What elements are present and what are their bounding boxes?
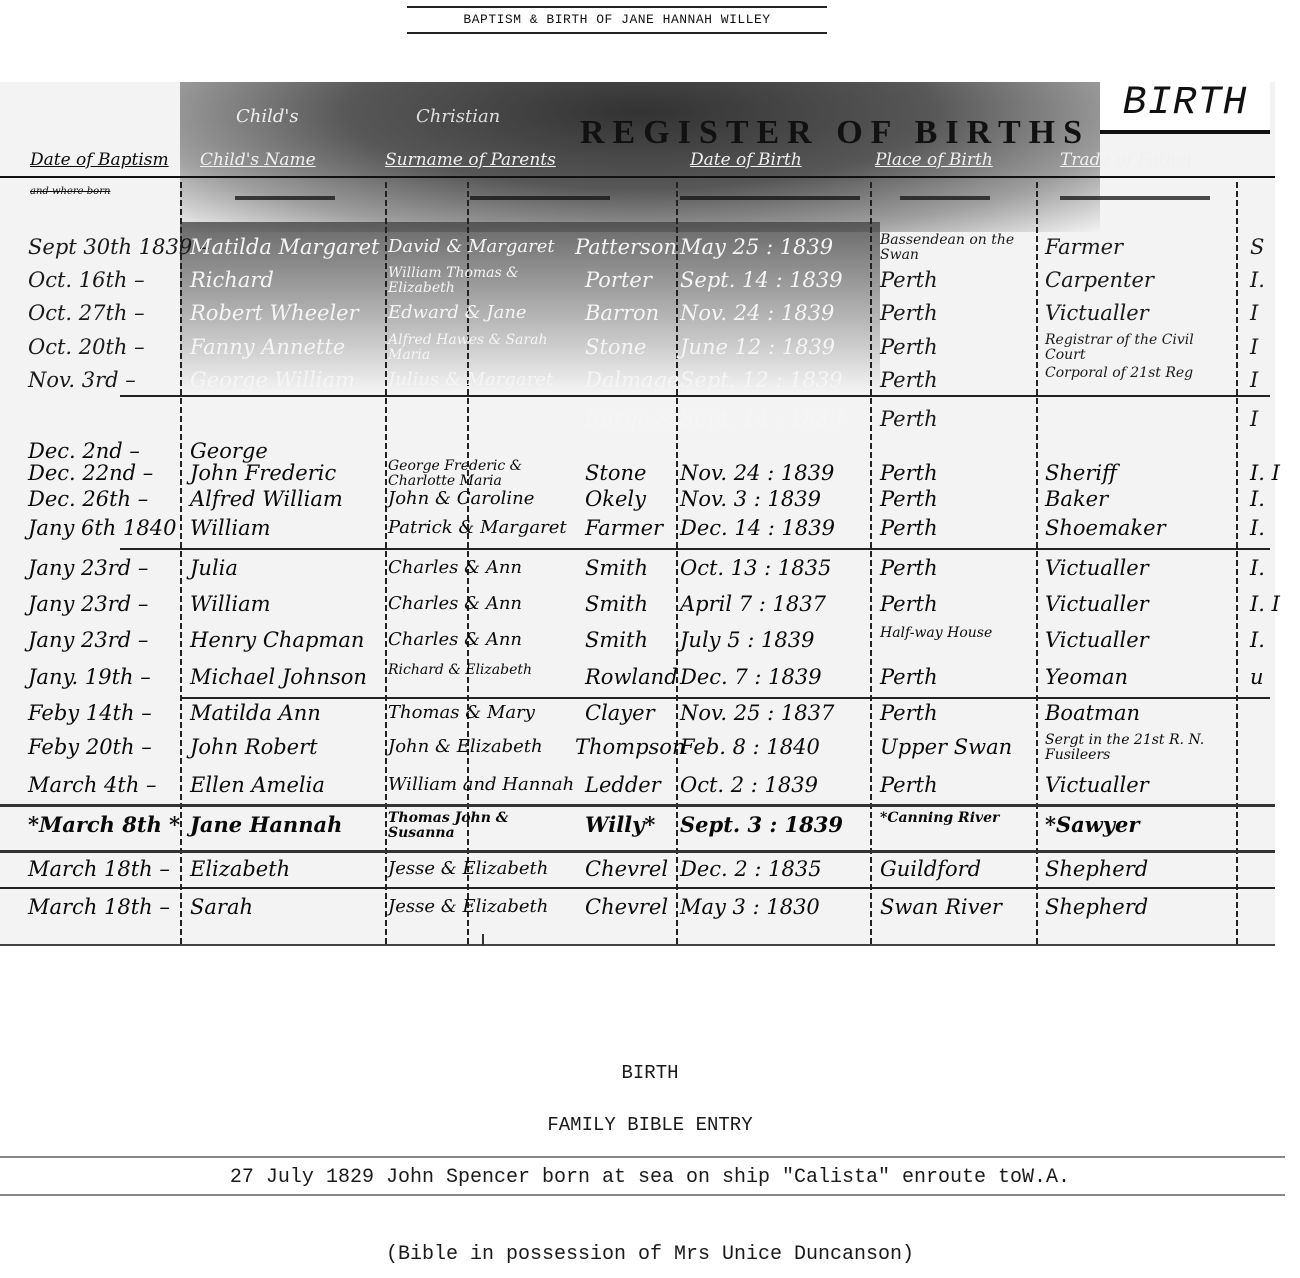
cell-mark: I	[1250, 365, 1258, 395]
cell-father-trade: Yeoman	[1045, 662, 1128, 692]
table-row: Feby 20th –John RobertJohn & ElizabethTh…	[0, 732, 1275, 766]
cell-mark: I.	[1250, 484, 1265, 514]
cell-child-name: John Robert	[190, 732, 318, 762]
bible-entry: 27 July 1829 John Spencer born at sea on…	[0, 1166, 1300, 1189]
cell-child-name: Julia	[190, 553, 238, 583]
cell-birth-date: Sept. 14 : 1839	[680, 265, 843, 295]
table-row: Jany 23rd –WilliamCharles & AnnSmithApri…	[0, 589, 1275, 623]
cell-father-trade: Victualler	[1045, 589, 1149, 619]
cell-baptism-date: Oct. 20th –	[28, 332, 145, 362]
column-header-parents: Surname of Parents	[385, 150, 556, 170]
cell-birth-place: Half-way House	[880, 626, 1030, 641]
cell-surname: Porter	[585, 265, 652, 295]
cell-birth-place: Upper Swan	[880, 732, 1012, 762]
table-row: Jany 6th 1840WilliamPatrick & MargaretFa…	[0, 513, 1275, 547]
cell-surname: Barron	[585, 298, 659, 328]
cell-baptism-date: March 18th –	[28, 892, 170, 922]
cell-birth-date: Sept. 12 : 1839	[680, 365, 843, 395]
subheading-text: and where born	[30, 186, 110, 197]
cell-baptism-date: Dec. 26th –	[28, 484, 148, 514]
cell-birth-date: Nov. 25 : 1837	[680, 698, 834, 728]
table-row: Oct. 16th –RichardWilliam Thomas & Eliza…	[0, 265, 1275, 299]
cell-surname: Okely	[585, 484, 646, 514]
cell-surname: Farmer	[585, 513, 663, 543]
cell-mark: I.	[1250, 265, 1265, 295]
cell-parents: Alfred Hawes & Sarah Maria	[388, 333, 578, 363]
cell-parents: Patrick & Margaret	[388, 513, 567, 543]
cell-birth-place: Perth	[880, 589, 938, 619]
cell-birth-place: Bassendean on the Swan	[880, 233, 1030, 263]
cell-birth-date: May 3 : 1830	[680, 892, 820, 922]
cell-birth-date: Dec. 14 : 1839	[680, 513, 835, 543]
cell-baptism-date: Sept 30th 1839 –	[28, 232, 209, 262]
table-row: *March 8th *Jane HannahThomas John & Sus…	[0, 810, 1275, 844]
row-group-rule	[120, 548, 1270, 550]
cell-surname: Stone	[585, 332, 646, 362]
table-row: March 18th –SarahJesse & ElizabethChevre…	[0, 892, 1275, 926]
bible-heading: BIRTH	[0, 1062, 1300, 1084]
cell-baptism-date: Feby 14th –	[28, 698, 152, 728]
cell-child-name: Ellen Amelia	[190, 770, 325, 800]
cell-child-name: Richard	[190, 265, 274, 295]
cell-parents: William and Hannah	[388, 770, 574, 800]
cell-baptism-date: Nov. 3rd –	[28, 365, 136, 395]
cell-child-name: Elizabeth	[190, 854, 290, 884]
cell-birth-date: Oct. 13 : 1835	[680, 553, 831, 583]
table-row: Sept 30th 1839 –Matilda MargaretDavid & …	[0, 232, 1275, 266]
cell-parents: Thomas John & Susanna	[388, 811, 578, 841]
highlight-rule-top	[0, 804, 1275, 807]
cell-birth-place: Perth	[880, 513, 938, 543]
cell-baptism-date: Jany. 19th –	[28, 662, 151, 692]
subheading-rule	[235, 196, 335, 200]
cell-mark: I.	[1250, 513, 1265, 543]
cell-birth-date: Sept. 14 : 1839	[680, 404, 843, 434]
cell-mark: I.	[1250, 625, 1265, 655]
cell-baptism-date: Jany 6th 1840	[28, 513, 176, 543]
cell-child-name: Jane Hannah	[190, 810, 342, 840]
cell-baptism-date: Jany 23rd –	[28, 625, 148, 655]
cell-mark: I	[1250, 332, 1258, 362]
bible-note: (Bible in possession of Mrs Unice Duncan…	[0, 1243, 1300, 1266]
cell-father-trade: Carpenter	[1045, 265, 1154, 295]
cell-parents: Richard & Elizabeth	[388, 663, 578, 678]
highlight-rule-bottom	[0, 850, 1275, 853]
cell-father-trade: *Sawyer	[1045, 810, 1139, 840]
cell-birth-date: Feb. 8 : 1840	[680, 732, 820, 762]
cell-mark: I.	[1250, 553, 1265, 583]
cell-child-name: William	[190, 589, 271, 619]
column-header-birth-date: Date of Birth	[690, 150, 802, 170]
cell-parents: William Thomas & Elizabeth	[388, 266, 578, 296]
cell-parents: Charles & Ann	[388, 589, 522, 619]
cell-birth-place: Guildford	[880, 854, 981, 884]
cell-mark: I. I	[1250, 589, 1280, 619]
cell-surname: Patterson	[575, 232, 677, 262]
cell-surname: Chevrel	[585, 854, 668, 884]
table-row: March 4th –Ellen AmeliaWilliam and Hanna…	[0, 770, 1275, 804]
cell-baptism-date: March 18th –	[28, 854, 170, 884]
cell-surname: Rowland	[585, 662, 678, 692]
subheading-rule	[900, 196, 990, 200]
cell-parents: Charles & Ann	[388, 625, 522, 655]
cell-birth-place: Perth	[880, 298, 938, 328]
column-group-child: Child's	[236, 106, 299, 127]
cell-child-name: George William	[190, 365, 355, 395]
cell-birth-date: May 25 : 1839	[680, 232, 833, 262]
column-header-baptism: Date of Baptism	[30, 150, 169, 170]
cell-father-trade: Boatman	[1045, 698, 1140, 728]
cell-father-trade: Farmer	[1045, 232, 1123, 262]
cell-birth-place: Perth	[880, 770, 938, 800]
cell-parents: Thomas & Mary	[388, 698, 535, 728]
cell-birth-date: Oct. 2 : 1839	[680, 770, 818, 800]
cell-birth-date: Nov. 3 : 1839	[680, 484, 821, 514]
cell-father-trade: Shepherd	[1045, 854, 1148, 884]
column-headers: Date of Baptism Child's Name Surname of …	[0, 142, 1275, 178]
cell-birth-place: Perth	[880, 484, 938, 514]
cell-baptism-date: Oct. 27th –	[28, 298, 145, 328]
cell-child-name: Michael Johnson	[190, 662, 367, 692]
cell-child-name: Matilda Ann	[190, 698, 321, 728]
cell-surname: Smith	[585, 553, 648, 583]
cell-baptism-date: Jany 23rd –	[28, 553, 148, 583]
cell-surname: Ledder	[585, 770, 661, 800]
scan-bottom-tick	[482, 934, 484, 946]
cell-surname: Burgess	[585, 404, 671, 434]
birth-stamp: BIRTH	[1100, 82, 1270, 134]
cell-father-trade: Corporal of 21st Reg	[1045, 366, 1235, 381]
cell-mark: I	[1250, 298, 1258, 328]
cell-parents: Jesse & Elizabeth	[388, 854, 548, 884]
cell-child-name: Sarah	[190, 892, 253, 922]
cell-surname: Chevrel	[585, 892, 668, 922]
cell-birth-place: Perth	[880, 404, 938, 434]
table-row: Oct. 20th –Fanny AnnetteAlfred Hawes & S…	[0, 332, 1275, 366]
table-row: Jany 23rd –JuliaCharles & AnnSmithOct. 1…	[0, 553, 1275, 587]
cell-baptism-date: Feby 20th –	[28, 732, 152, 762]
subheading-rule	[470, 196, 610, 200]
cell-parents: John & Elizabeth	[388, 732, 543, 762]
cell-parents: Jesse & Elizabeth	[388, 892, 548, 922]
cell-baptism-date: Jany 23rd –	[28, 589, 148, 619]
cell-surname: Willy*	[585, 810, 655, 840]
subheading-rule	[680, 196, 860, 200]
cell-child-name: Fanny Annette	[190, 332, 345, 362]
cell-birth-date: Dec. 7 : 1839	[680, 662, 822, 692]
cell-father-trade: Victualler	[1045, 553, 1149, 583]
cell-parents: Edward & Jane	[388, 298, 527, 328]
table-row: March 18th –ElizabethJesse & ElizabethCh…	[0, 854, 1275, 888]
cell-birth-place: Perth	[880, 662, 938, 692]
bible-subheading: FAMILY BIBLE ENTRY	[0, 1114, 1300, 1136]
table-row: Jany 23rd –Henry ChapmanCharles & AnnSmi…	[0, 625, 1275, 659]
cell-surname: Smith	[585, 589, 648, 619]
cell-father-trade: Registrar of the Civil Court	[1045, 333, 1235, 363]
cell-father-trade: Sergt in the 21st R. N. Fusileers	[1045, 733, 1235, 763]
register-scan: BIRTH REGISTER OF BIRTHS Child's Christi…	[0, 82, 1275, 944]
cell-birth-date: Sept. 3 : 1839	[680, 810, 843, 840]
cell-birth-place: Perth	[880, 553, 938, 583]
cell-baptism-date: *March 8th *	[28, 810, 180, 840]
cell-mark: S	[1250, 232, 1264, 262]
cell-surname: Clayer	[585, 698, 655, 728]
subheading-row: and where born	[0, 182, 1275, 212]
column-header-birth-place: Place of Birth	[875, 150, 993, 170]
cell-birth-place: Perth	[880, 332, 938, 362]
cell-birth-place: Perth	[880, 365, 938, 395]
cell-surname: Dalmage	[585, 365, 679, 395]
cell-father-trade: Victualler	[1045, 770, 1149, 800]
column-header-child-name: Child's Name	[200, 150, 316, 170]
cell-parents: Charles & Ann	[388, 553, 522, 583]
cell-father-trade: Shepherd	[1045, 892, 1148, 922]
cell-father-trade: Victualler	[1045, 625, 1149, 655]
table-row: Jany. 19th –Michael JohnsonRichard & Eli…	[0, 662, 1275, 696]
cell-mark: u	[1250, 662, 1264, 692]
cell-birth-date: April 7 : 1837	[680, 589, 826, 619]
cell-parents: David & Margaret	[388, 232, 555, 262]
cell-birth-place: Perth	[880, 698, 938, 728]
cell-surname: Smith	[585, 625, 648, 655]
cell-child-name: Alfred William	[190, 484, 343, 514]
cell-parents: Julius & Margaret	[388, 365, 553, 395]
column-group-christian: Christian	[416, 106, 500, 127]
subheading-rule	[1060, 196, 1210, 200]
cell-mark: I	[1250, 404, 1258, 434]
cell-parents: John & Caroline	[388, 484, 534, 514]
cell-father-trade: Shoemaker	[1045, 513, 1166, 543]
table-row: Oct. 27th –Robert WheelerEdward & JaneBa…	[0, 298, 1275, 332]
cell-baptism-date: March 4th –	[28, 770, 157, 800]
table-row: Nov. 3rd –George WilliamJulius & Margare…	[0, 365, 1275, 399]
cell-child-name: Robert Wheeler	[190, 298, 359, 328]
cell-birth-date: June 12 : 1839	[680, 332, 835, 362]
cell-baptism-date: Oct. 16th –	[28, 265, 145, 295]
cell-father-trade: Victualler	[1045, 298, 1149, 328]
column-header-trade: Trade of Father	[1060, 150, 1195, 170]
cell-child-name: Matilda Margaret	[190, 232, 379, 262]
document-title: BAPTISM & BIRTH OF JANE HANNAH WILLEY	[407, 6, 827, 34]
cell-child-name: Henry Chapman	[190, 625, 364, 655]
cell-birth-date: Dec. 2 : 1835	[680, 854, 822, 884]
table-row: BurgessSept. 14 : 1839PerthI	[0, 404, 1275, 438]
cell-father-trade: Baker	[1045, 484, 1108, 514]
cell-birth-place: Swan River	[880, 892, 1002, 922]
cell-birth-place: Perth	[880, 265, 938, 295]
cell-birth-date: Nov. 24 : 1839	[680, 298, 834, 328]
scan-bottom-rule	[0, 944, 1275, 946]
cell-child-name: William	[190, 513, 271, 543]
cell-birth-date: July 5 : 1839	[680, 625, 814, 655]
cell-birth-place: *Canning River	[880, 811, 1030, 826]
table-row: Feby 14th –Matilda AnnThomas & MaryClaye…	[0, 698, 1275, 732]
cell-surname: Thompson	[575, 732, 685, 762]
